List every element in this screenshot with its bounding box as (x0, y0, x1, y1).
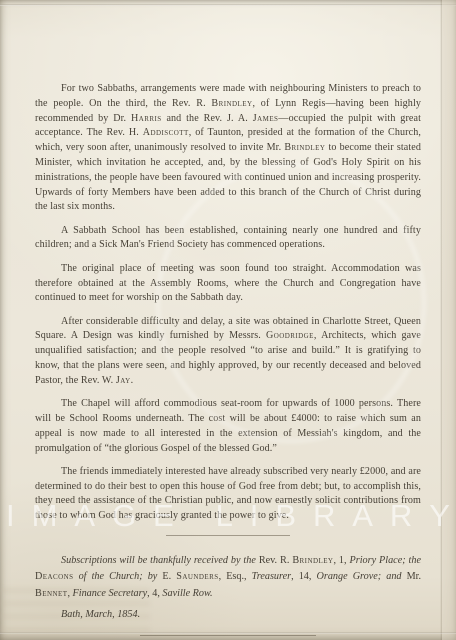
paper-right-edge (440, 0, 442, 640)
scanned-page: For two Sabbaths, arrangements were made… (0, 0, 456, 640)
subscription-notice: Subscriptions will be thankfully receive… (35, 553, 421, 602)
paragraph-6: The friends immediately interested have … (35, 465, 421, 524)
paragraph-2: A Sabbath School has been established, c… (35, 224, 421, 254)
document-body: For two Sabbaths, arrangements were made… (35, 82, 421, 640)
paragraph-3: The original place of meeting was soon f… (35, 262, 421, 306)
section-divider (166, 535, 290, 536)
paragraph-1: For two Sabbaths, arrangements were made… (35, 82, 421, 215)
body-paragraphs: For two Sabbaths, arrangements were made… (35, 82, 421, 524)
paper-right-backing (442, 0, 456, 640)
paragraph-4: After considerable difficulty and delay,… (35, 315, 421, 389)
paper-top-edge (0, 4, 456, 6)
imprint-divider (140, 635, 316, 636)
dateline: Bath, March, 1854. (35, 609, 421, 620)
paragraph-5: The Chapel will afford commodious seat-r… (35, 397, 421, 456)
